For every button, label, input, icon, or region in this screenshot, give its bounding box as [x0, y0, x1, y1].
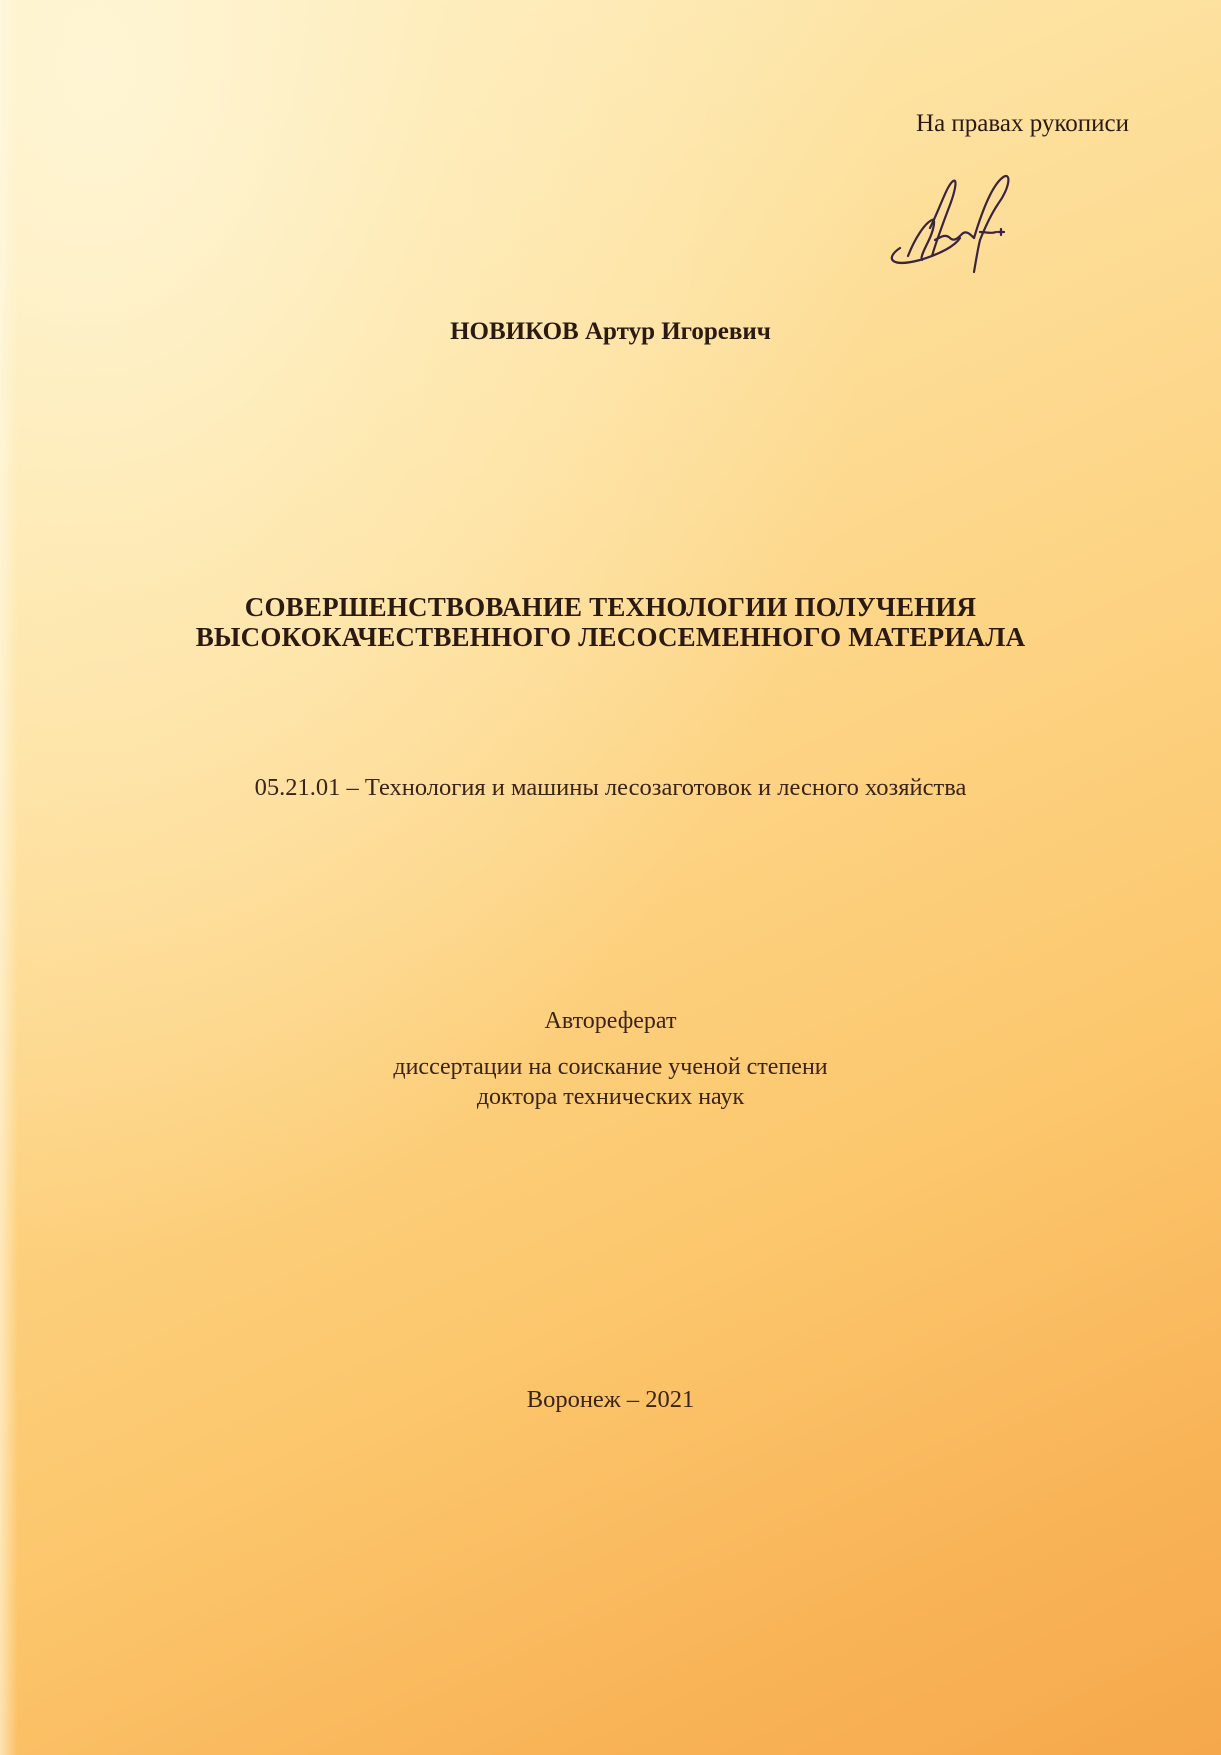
- page-edge-highlight: [0, 0, 18, 1755]
- rights-note: На правах рукописи: [916, 110, 1129, 138]
- title-line-2: ВЫСОКОКАЧЕСТВЕННОГО ЛЕСОСЕМЕННОГО МАТЕРИ…: [0, 622, 1221, 652]
- degree-line-1: диссертации на соискание ученой степени: [0, 1052, 1221, 1082]
- dissertation-title: СОВЕРШЕНСТВОВАНИЕ ТЕХНОЛОГИИ ПОЛУЧЕНИЯ В…: [0, 592, 1221, 652]
- specialty-code: 05.21.01 – Технология и машины лесозагот…: [0, 774, 1221, 802]
- degree-statement: диссертации на соискание ученой степени …: [0, 1052, 1221, 1112]
- author-name: НОВИКОВ Артур Игоревич: [0, 318, 1221, 346]
- document-type: Автореферат: [0, 1008, 1221, 1035]
- degree-line-2: доктора технических наук: [0, 1082, 1221, 1112]
- title-line-1: СОВЕРШЕНСТВОВАНИЕ ТЕХНОЛОГИИ ПОЛУЧЕНИЯ: [0, 592, 1221, 622]
- place-and-year: Воронеж – 2021: [0, 1386, 1221, 1414]
- signature-icon: [880, 168, 1040, 278]
- document-cover-page: На правах рукописи НОВИКОВ Артур Игореви…: [0, 0, 1221, 1755]
- author-surname: НОВИКОВ: [450, 318, 579, 345]
- author-given-names: Артур Игоревич: [585, 318, 771, 345]
